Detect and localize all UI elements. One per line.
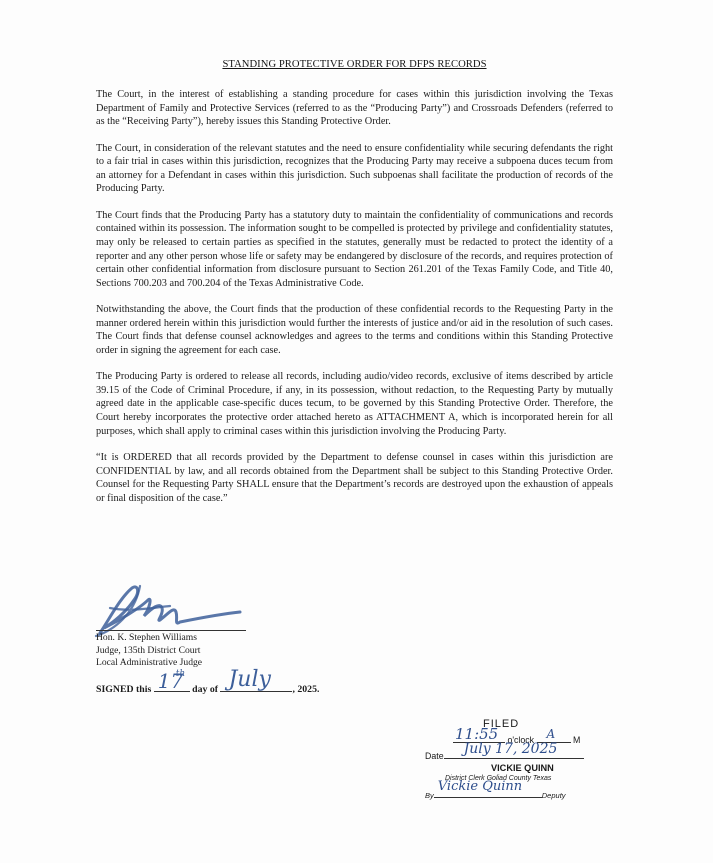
clerk-name: VICKIE QUINN — [491, 763, 554, 773]
filed-stamp: FILED 11:55 o'clock A M Date July 17, 20… — [425, 715, 605, 810]
filed-by-signature: Vickie Quinn — [438, 779, 522, 794]
paragraph-statutory-duty: The Court finds that the Producing Party… — [96, 209, 613, 291]
filed-date-blank: July 17, 2025 — [444, 748, 584, 759]
judge-signature-block: Hon. K. Stephen Williams Judge, 135th Di… — [96, 578, 376, 728]
filed-date-label: Date — [425, 751, 444, 761]
paragraph-consideration: The Court, in consideration of the relev… — [96, 142, 613, 196]
filed-date-handwritten: July 17, 2025 — [464, 741, 558, 757]
filed-m-label: M — [573, 735, 580, 745]
paragraph-ordered-quote: “It is ORDERED that all records provided… — [96, 451, 613, 505]
signed-day-suffix: th — [176, 669, 185, 679]
signed-month-blank: July — [220, 681, 292, 692]
filed-deputy-label: Deputy — [542, 791, 566, 800]
signed-month-handwritten: July — [228, 667, 270, 692]
signed-prefix: SIGNED this — [96, 684, 151, 695]
signed-year: , 2025. — [292, 684, 319, 695]
filed-by-row: By Vickie Quinn Deputy — [425, 787, 566, 800]
filed-by-blank: Vickie Quinn — [434, 787, 542, 798]
paragraph-release-order: The Producing Party is ordered to releas… — [96, 370, 613, 438]
filed-date-row: Date July 17, 2025 — [425, 748, 584, 761]
document-page: STANDING PROTECTIVE ORDER FOR DFPS RECOR… — [96, 58, 613, 518]
paragraph-notwithstanding: Notwithstanding the above, the Court fin… — [96, 303, 613, 357]
judge-role: Local Administrative Judge — [96, 657, 202, 670]
paragraph-intro: The Court, in the interest of establishi… — [96, 88, 613, 129]
document-title: STANDING PROTECTIVE ORDER FOR DFPS RECOR… — [96, 58, 613, 72]
signature-line — [96, 630, 246, 631]
signed-day-blank: 17 th — [154, 681, 190, 692]
signed-day-of: day of — [192, 684, 218, 695]
judge-name: Hon. K. Stephen Williams — [96, 632, 202, 645]
filed-by-label: By — [425, 791, 434, 800]
signed-date-line: SIGNED this 17 th day of July , 2025. — [96, 681, 319, 695]
judge-court: Judge, 135th District Court — [96, 645, 202, 658]
filed-ampm-handwritten: A — [547, 727, 556, 741]
